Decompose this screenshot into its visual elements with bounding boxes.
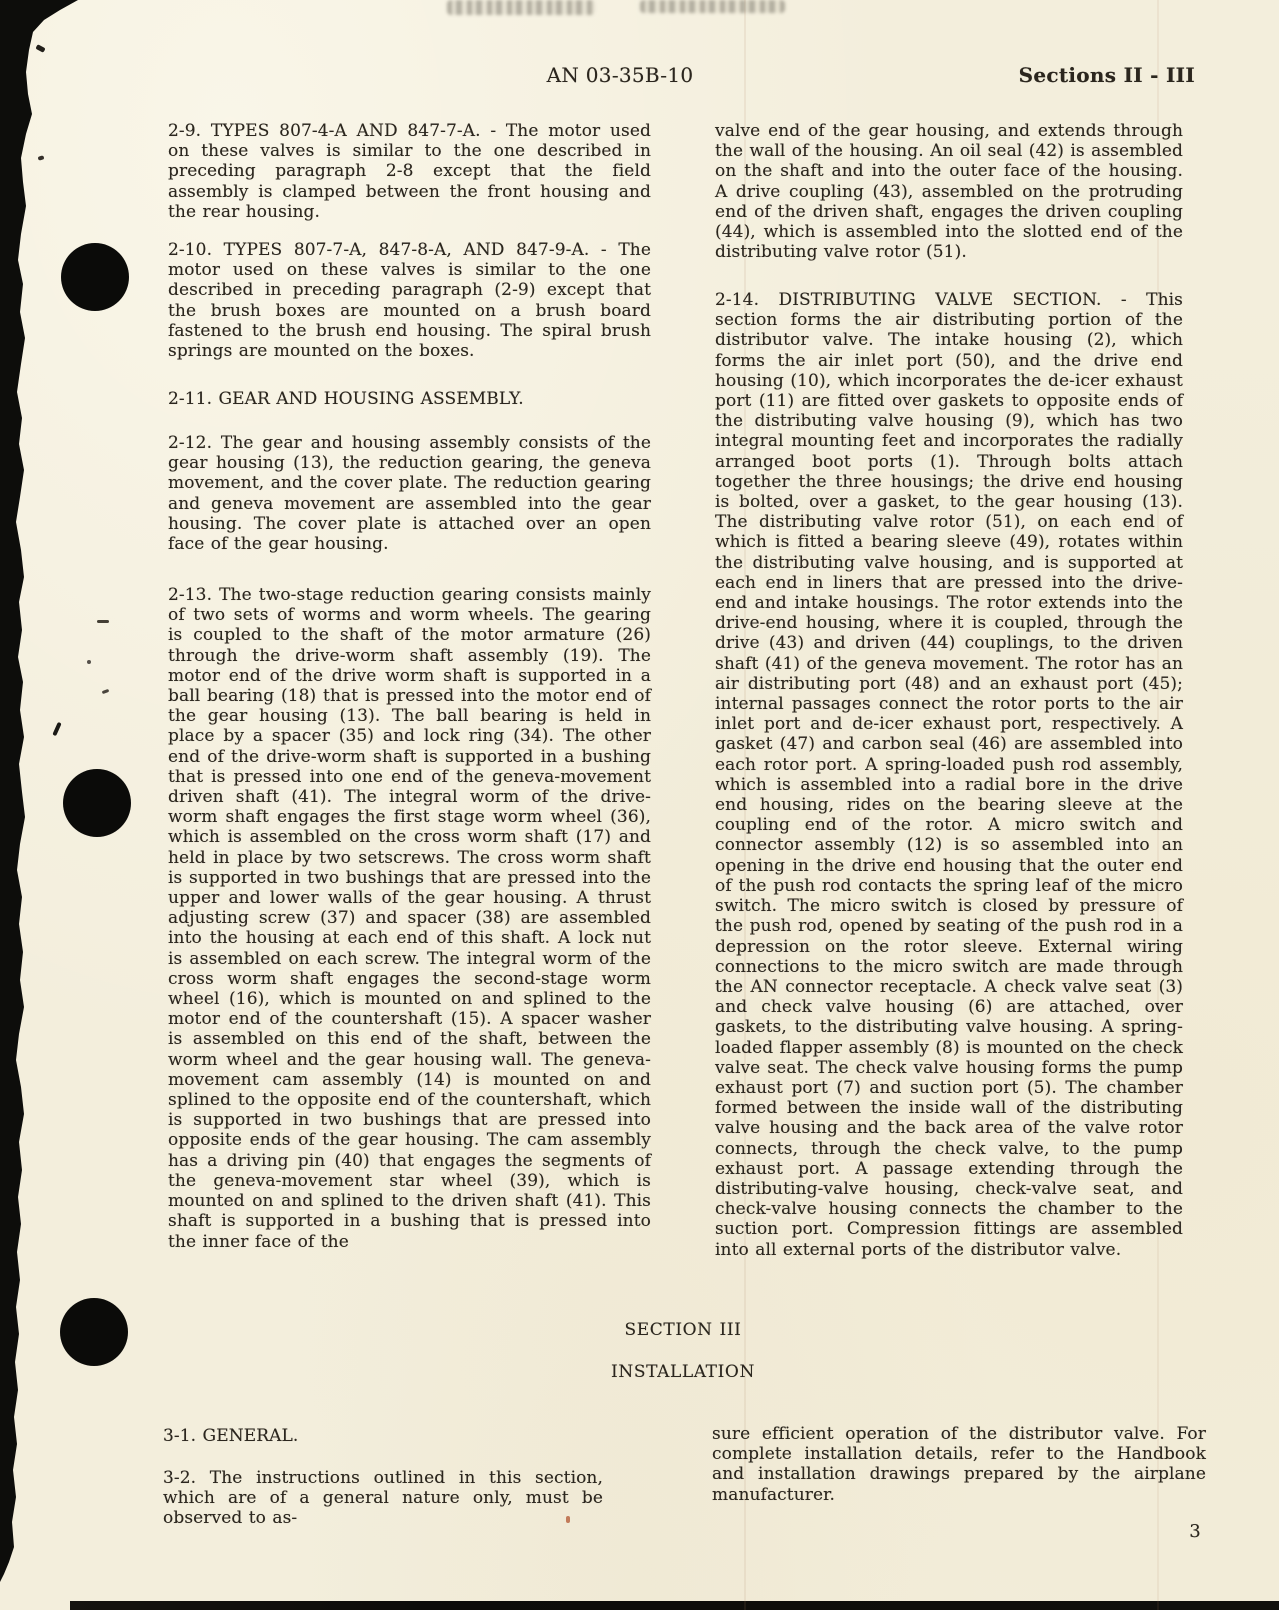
binder-hole <box>60 1298 128 1366</box>
ink-speck <box>102 689 110 694</box>
paragraph-3-2: 3-2. The instructions outlined in this s… <box>163 1468 603 1529</box>
section-3-subtitle: INSTALLATION <box>168 1362 1198 1382</box>
paragraph-2-13-continuation: valve end of the gear housing, and exten… <box>715 121 1183 262</box>
ink-smudge <box>447 0 595 15</box>
paragraph-2-13: 2-13. The two-stage reduction gearing co… <box>168 585 651 1252</box>
paragraph-2-10: 2-10. TYPES 807-7-A, 847-8-A, AND 847-9-… <box>168 240 651 361</box>
scan-edge-bottom <box>70 1601 1279 1610</box>
ink-smudge <box>640 0 785 13</box>
paragraph-2-9: 2-9. TYPES 807-4-A AND 847-7-A. - The mo… <box>168 121 651 222</box>
ink-speck <box>87 660 91 664</box>
heading-2-11: 2-11. GEAR AND HOUSING ASSEMBLY. <box>168 389 651 409</box>
page-number: 3 <box>1178 1522 1212 1542</box>
doc-number: AN 03-35B-10 <box>420 64 820 86</box>
section-3-title: SECTION III <box>168 1320 1198 1340</box>
paragraph-3-2-continuation: sure efficient operation of the distribu… <box>712 1424 1206 1505</box>
paragraph-2-12: 2-12. The gear and housing assembly cons… <box>168 433 651 554</box>
binder-hole <box>61 243 129 311</box>
heading-3-1: 3-1. GENERAL. <box>163 1426 603 1446</box>
scanned-manual-page: AN 03-35B-10 Sections II - III 2-9. TYPE… <box>0 0 1279 1610</box>
binder-hole <box>63 769 131 837</box>
header-section-label: Sections II - III <box>975 64 1195 86</box>
paragraph-2-14: 2-14. DISTRIBUTING VALVE SECTION. - This… <box>715 290 1183 1260</box>
ink-speck <box>97 620 109 623</box>
